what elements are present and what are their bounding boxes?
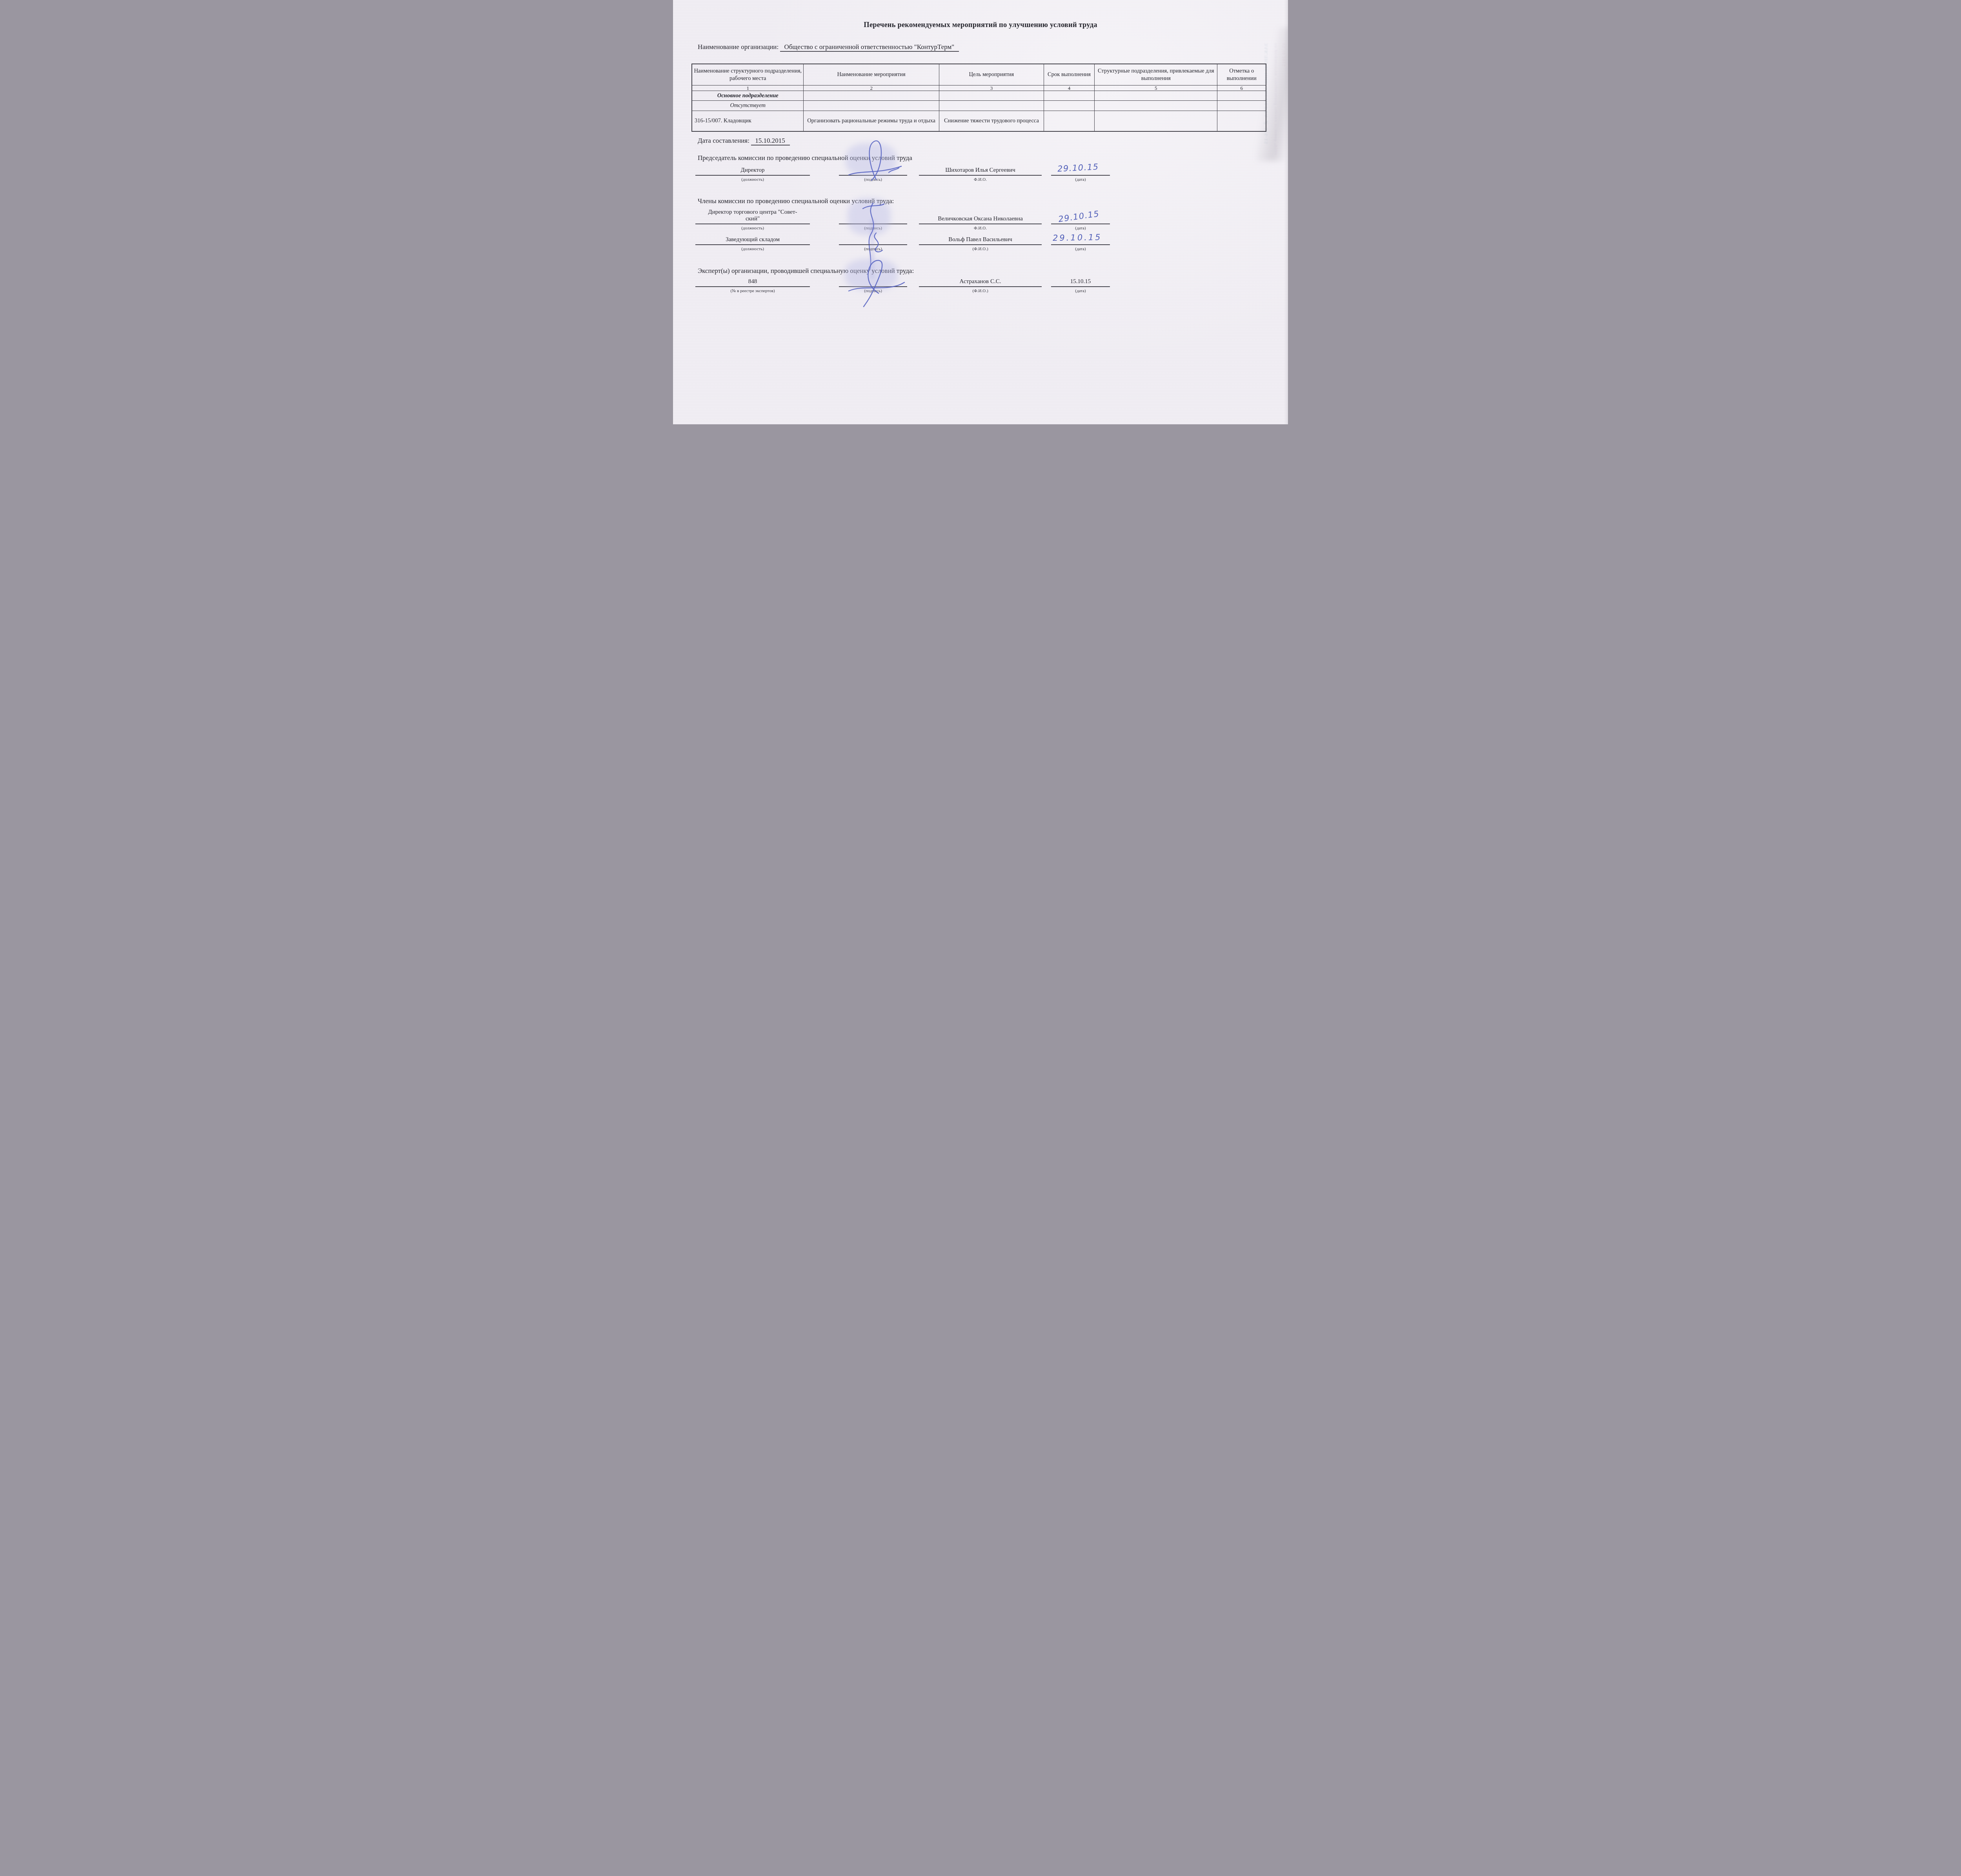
- page-title: Перечень рекомендуемых мероприятий по ул…: [673, 21, 1288, 29]
- cell: [804, 91, 939, 101]
- organization-line: Наименование организации: Общество с огр…: [698, 43, 959, 51]
- column-number: 2: [804, 85, 939, 91]
- member1-position-field: Директор торгового центра "Совет- ский": [695, 203, 810, 224]
- column-number: 4: [1044, 85, 1094, 91]
- member2-signature-field: [839, 229, 907, 245]
- member1-position: Директор торгового центра "Совет- ский": [708, 209, 797, 224]
- member2-name: Вольф Павел Васильевич: [948, 236, 1012, 244]
- table-header-row: Наименование структурного подразделения,…: [692, 64, 1266, 85]
- cell: [1217, 101, 1266, 111]
- cell: [1044, 91, 1094, 101]
- table-row: Основное подразделение: [692, 91, 1266, 101]
- cell: [939, 91, 1044, 101]
- expert-name: Астраханов С.С.: [960, 278, 1001, 286]
- cell: [1095, 101, 1217, 111]
- column-header: Цель мероприятия: [939, 64, 1044, 85]
- field-label: (№ в реестре экспертов): [695, 289, 810, 293]
- chairman-position-field: Директор: [695, 158, 810, 176]
- field-label: (подпись): [839, 247, 907, 251]
- field-label: (дата): [1051, 247, 1110, 251]
- table-row: 316-15/007. Кладовщик Организовать рацио…: [692, 111, 1266, 132]
- field-label: (подпись): [839, 177, 907, 182]
- chairman-signature-field: [839, 158, 907, 176]
- column-number: 1: [692, 85, 804, 91]
- cell-measure: Организовать рациональные режимы труда и…: [804, 111, 939, 132]
- field-label: (Ф.И.О.): [919, 247, 1042, 251]
- cell: [804, 101, 939, 111]
- member2-name-field: Вольф Павел Васильевич: [919, 229, 1042, 245]
- organization-label: Наименование организации:: [698, 43, 779, 51]
- cell: [939, 101, 1044, 111]
- measures-table: Наименование структурного подразделения,…: [691, 64, 1266, 132]
- expert-name-field: Астраханов С.С.: [919, 271, 1042, 287]
- member1-name-field: Величковская Оксана Николаевна: [919, 203, 1042, 224]
- column-number: 6: [1217, 85, 1266, 91]
- cell-division: Основное подразделение: [692, 91, 804, 101]
- column-number: 3: [939, 85, 1044, 91]
- organization-value: Общество с ограниченной ответственностью…: [780, 43, 959, 52]
- chairman-position: Директор: [741, 167, 765, 175]
- column-number: 5: [1095, 85, 1217, 91]
- expert-date-field: 15.10.15: [1051, 271, 1110, 287]
- expert-number-field: 848: [695, 271, 810, 287]
- field-label: (дата): [1051, 177, 1110, 182]
- column-header: Отметка о выполнении: [1217, 64, 1266, 85]
- member1-signature-field: [839, 203, 907, 224]
- expert-signature-field: [839, 271, 907, 287]
- expert-registry-number: 848: [748, 278, 757, 286]
- cell: [1044, 111, 1094, 132]
- field-label: (Ф.И.О.): [919, 289, 1042, 293]
- column-header: Срок выполнения: [1044, 64, 1094, 85]
- cell: [1217, 111, 1266, 132]
- field-label: (подпись): [839, 289, 907, 293]
- cell-workplace: 316-15/007. Кладовщик: [692, 111, 804, 132]
- expert-date: 15.10.15: [1070, 278, 1091, 286]
- field-label: (должность): [695, 177, 810, 182]
- field-label: Ф.И.О.: [919, 177, 1042, 182]
- cell: [1217, 91, 1266, 101]
- member2-position-field: Заведующий складом: [695, 229, 810, 245]
- member1-position-line2: ский": [746, 216, 760, 222]
- column-header: Структурные подразделения, привлекаемые …: [1095, 64, 1217, 85]
- field-label: (должность): [695, 247, 810, 251]
- cell: [1095, 91, 1217, 101]
- scanned-document-page: ЗАКЛЮЧЕНИЕ ЭКСПЕРТА № 316-15 по результа…: [673, 0, 1288, 424]
- cell-goal: Снижение тяжести трудового процесса: [939, 111, 1044, 132]
- member1-name: Величковская Оксана Николаевна: [938, 216, 1023, 224]
- cell: [1095, 111, 1217, 132]
- column-header: Наименование структурного подразделения,…: [692, 64, 804, 85]
- chairman-name-field: Шихотаров Илья Сергеевич: [919, 158, 1042, 176]
- column-header: Наименование мероприятия: [804, 64, 939, 85]
- field-label: (дата): [1051, 289, 1110, 293]
- member2-handwritten-date: 29.10.15: [1053, 233, 1102, 243]
- compile-date-label: Дата составления:: [698, 137, 749, 144]
- chairman-name: Шихотаров Илья Сергеевич: [945, 167, 1015, 175]
- compile-date-line: Дата составления: 15.10.2015: [698, 137, 790, 145]
- table-row: Отсутствует: [692, 101, 1266, 111]
- cell: [1044, 101, 1094, 111]
- column-number-row: 1 2 3 4 5 6: [692, 85, 1266, 91]
- compile-date-value: 15.10.2015: [751, 137, 790, 145]
- scan-edge-shadow: [1284, 0, 1288, 424]
- member1-position-line1: Директор торгового центра "Совет-: [708, 209, 797, 215]
- member2-position: Заведующий складом: [726, 236, 780, 244]
- cell-division: Отсутствует: [692, 101, 804, 111]
